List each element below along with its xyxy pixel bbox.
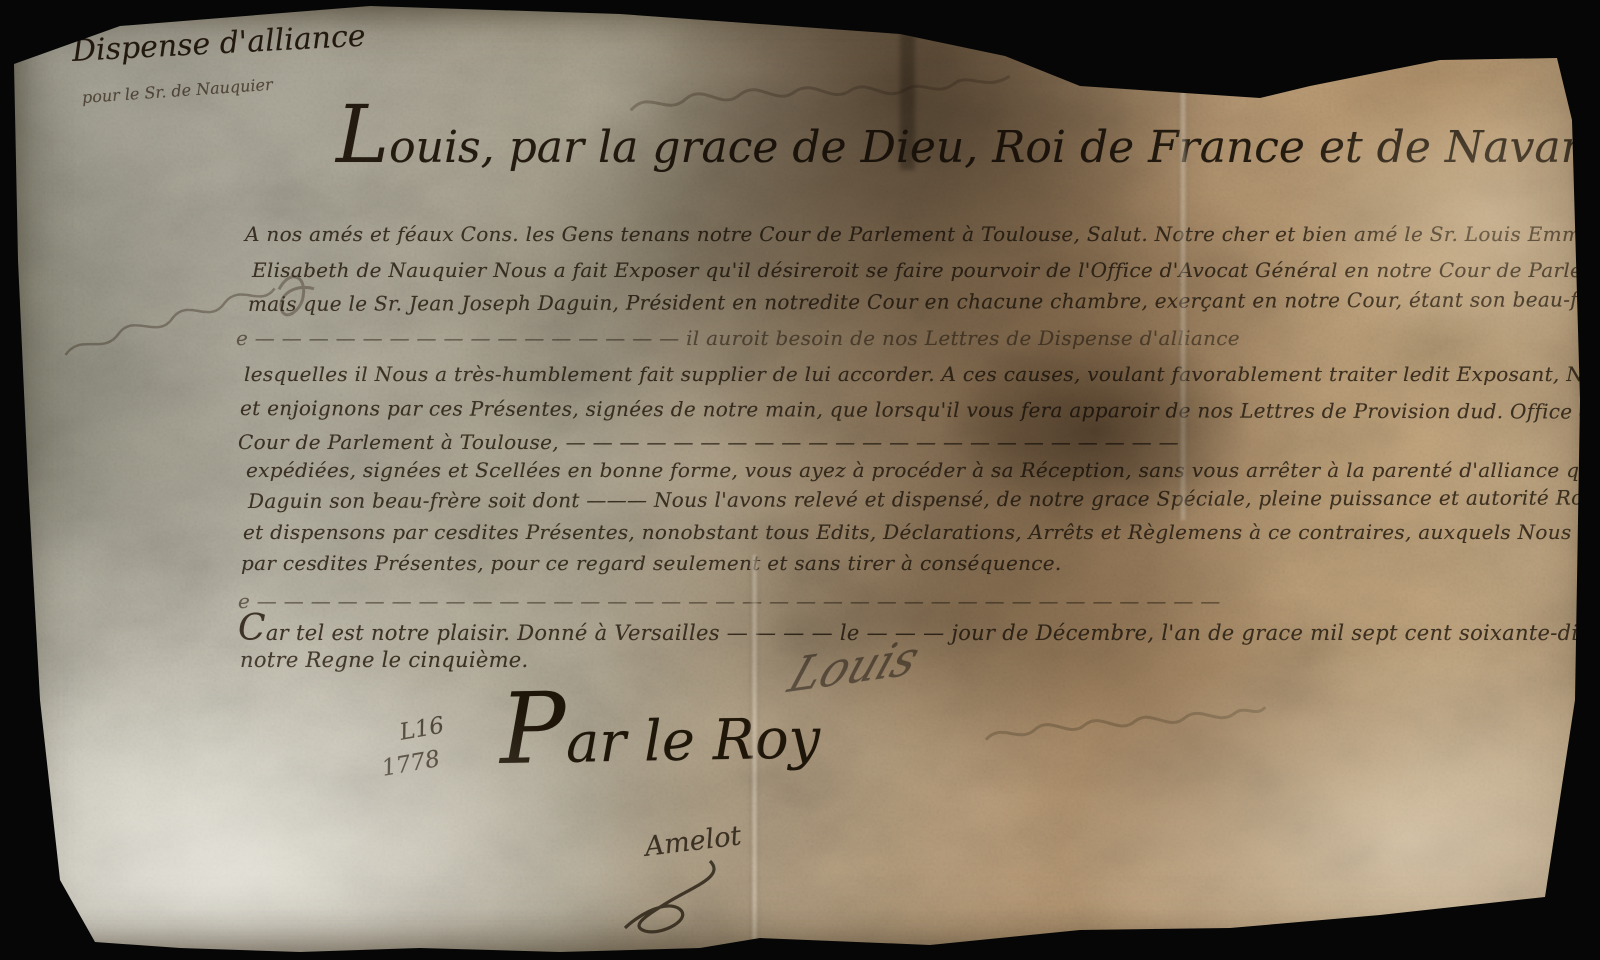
countersignature-flourish (600, 856, 750, 941)
body-line: e — — — — — — — — — — — — — — — — il aur… (236, 326, 1240, 350)
royal-intitulation-title: Louis, par la grace de Dieu, Roi de Fran… (336, 122, 1600, 173)
body-line: par cesdites Présentes, pour ce regard s… (241, 551, 1062, 575)
closing-line: notre Regne le cinquième. (240, 648, 529, 672)
body-line: et enjoignons par ces Présentes, signées… (240, 396, 1600, 424)
body-line: lesquelles il Nous a très-humblement fai… (244, 362, 1600, 386)
par-le-roy-inscription: Par le Roy (499, 706, 820, 777)
photo-backdrop: Dispense d'alliance pour le Sr. de Nauqu… (0, 0, 1600, 960)
body-line: Elisabeth de Nauquier Nous a fait Expose… (252, 258, 1600, 282)
docket-line-2: pour le Sr. de Nauquier (81, 75, 273, 107)
body-line: Cour de Parlement à Toulouse, — — — — — … (238, 430, 1179, 454)
parchment: Dispense d'alliance pour le Sr. de Nauqu… (0, 0, 1600, 960)
body-line: et dispensons par cesdites Présentes, no… (243, 520, 1600, 544)
faded-countersignature-ghost (978, 685, 1271, 760)
body-line: expédiées, signées et Scellées en bonne … (246, 458, 1600, 482)
faded-top-scribble (624, 50, 1027, 131)
body-line: A nos amés et féaux Cons. les Gens tenan… (245, 222, 1600, 246)
docket-line-1: Dispense d'alliance (71, 19, 366, 69)
registry-year: 1778 (380, 746, 442, 782)
registry-number: L16 (398, 712, 446, 745)
body-line: Daguin son beau-frère soit dont ——— Nous… (248, 485, 1600, 513)
body-line: mais que le Sr. Jean Joseph Daguin, Prés… (248, 287, 1600, 316)
